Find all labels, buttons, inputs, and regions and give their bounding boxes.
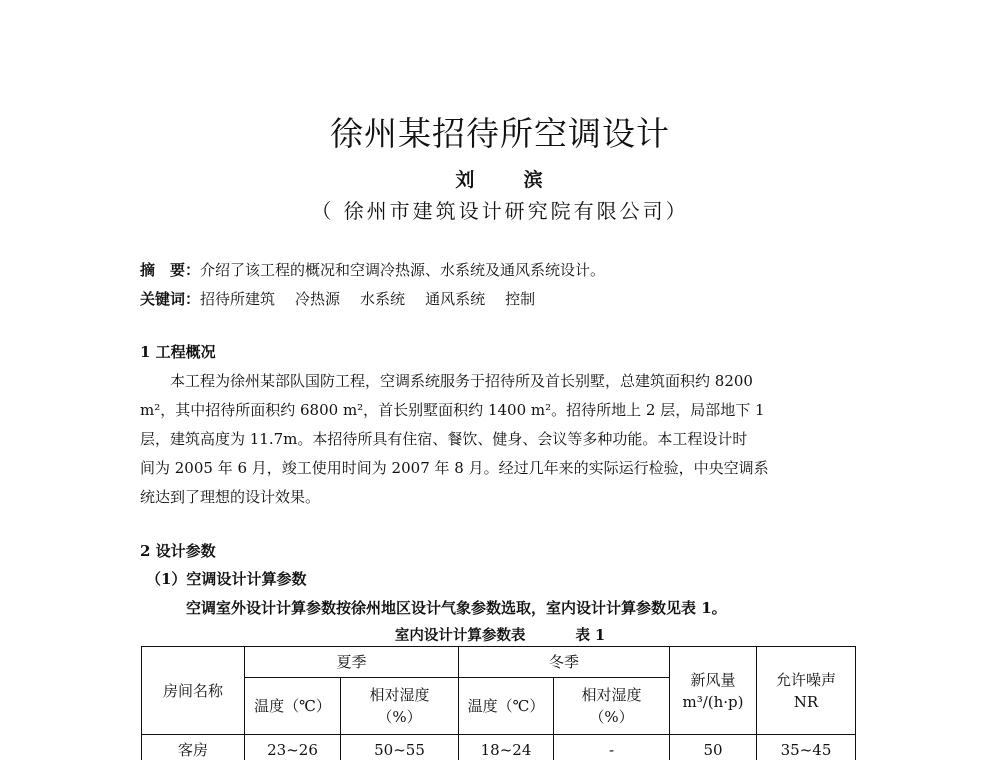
header-winter: 冬季 <box>459 647 670 678</box>
keywords-label: 关键词： <box>140 290 200 308</box>
paragraph-line: 统达到了理想的设计效果。 <box>140 486 320 507</box>
cell-summer-temp: 23~26 <box>245 735 341 760</box>
keyword: 水系统 <box>360 290 405 308</box>
table-label: 表 1 <box>575 624 605 645</box>
keyword: 冷热源 <box>295 290 340 308</box>
header-noise-unit: NR <box>757 691 855 713</box>
author: 刘 滨 <box>0 165 1000 192</box>
abstract-text: 介绍了该工程的概况和空调冷热源、水系统及通风系统设计。 <box>200 261 605 279</box>
header-rh-unit: （%） <box>554 706 669 728</box>
design-parameters-table: 房间名称 夏季 冬季 新风量 m³/(h·p) 允许噪声 NR 温度（℃） 相对… <box>141 646 856 760</box>
header-rh-label: 相对湿度 <box>554 684 669 706</box>
table-row: 客房 23~26 50~55 18~24 - 50 35~45 <box>142 735 856 760</box>
paragraph-line: m²，其中招待所面积约 6800 m²，首长别墅面积约 1400 m²。招待所地… <box>140 399 765 420</box>
header-rh-unit: （%） <box>341 706 458 728</box>
section-heading-2: 2 设计参数 <box>140 540 216 561</box>
header-room-name: 房间名称 <box>142 647 245 735</box>
header-summer: 夏季 <box>245 647 459 678</box>
header-winter-temp: 温度（℃） <box>459 678 554 735</box>
paragraph-line: 层，建筑高度为 11.7m。本招待所具有住宿、餐饮、健身、会议等多种功能。本工程… <box>140 428 747 449</box>
paragraph: 空调室外设计计算参数按徐州地区设计气象参数选取，室内设计计算参数见表 1。 <box>186 597 727 618</box>
cell-winter-rh: - <box>554 735 670 760</box>
abstract-label: 摘 要： <box>140 261 200 279</box>
table-caption-title: 室内设计计算参数表 <box>395 624 526 645</box>
section-heading-1: 1 工程概况 <box>140 341 216 362</box>
paragraph-line: 间为 2005 年 6 月，竣工使用时间为 2007 年 8 月。经过几年来的实… <box>140 457 769 478</box>
author-given-name: 滨 <box>524 165 545 192</box>
author-surname: 刘 <box>455 165 476 192</box>
keyword: 招待所建筑 <box>200 290 275 308</box>
table-caption: 室内设计计算参数表 表 1 <box>0 624 1000 645</box>
header-noise: 允许噪声 NR <box>757 647 856 735</box>
subsection-heading: （1）空调设计计算参数 <box>146 568 306 589</box>
keywords: 关键词：招待所建筑冷热源水系统通风系统控制 <box>140 288 535 309</box>
cell-winter-temp: 18~24 <box>459 735 554 760</box>
abstract: 摘 要：介绍了该工程的概况和空调冷热源、水系统及通风系统设计。 <box>140 259 605 280</box>
cell-room: 客房 <box>142 735 245 760</box>
header-fresh-air-unit: m³/(h·p) <box>670 691 756 713</box>
paragraph-line: 本工程为徐州某部队国防工程，空调系统服务于招待所及首长别墅，总建筑面积约 820… <box>140 370 753 391</box>
cell-summer-rh: 50~55 <box>341 735 459 760</box>
header-summer-rh: 相对湿度 （%） <box>341 678 459 735</box>
cell-noise: 35~45 <box>757 735 856 760</box>
keyword: 通风系统 <box>425 290 485 308</box>
cell-fresh-air: 50 <box>670 735 757 760</box>
header-rh-label: 相对湿度 <box>341 684 458 706</box>
paper-title: 徐州某招待所空调设计 <box>0 108 1000 155</box>
header-noise-label: 允许噪声 <box>757 669 855 691</box>
keyword: 控制 <box>505 290 535 308</box>
header-fresh-air-label: 新风量 <box>670 669 756 691</box>
affiliation: （ 徐州市建筑设计研究院有限公司） <box>0 195 1000 224</box>
header-fresh-air: 新风量 m³/(h·p) <box>670 647 757 735</box>
header-summer-temp: 温度（℃） <box>245 678 341 735</box>
header-winter-rh: 相对湿度 （%） <box>554 678 670 735</box>
